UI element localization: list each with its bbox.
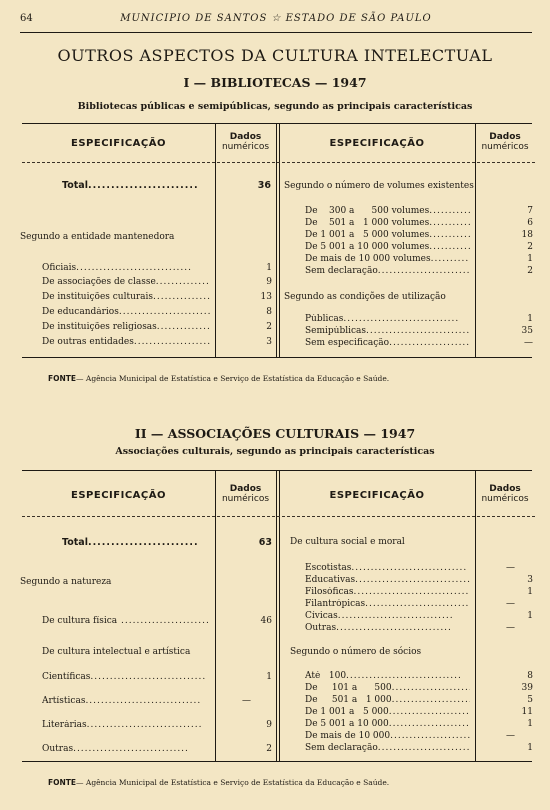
col-header-spec-left: ESPECIFICAÇÃO <box>22 490 215 501</box>
row-value: — <box>475 563 515 574</box>
row-value: 1 <box>475 587 533 598</box>
col-header-data-line2: numéricos <box>222 142 269 152</box>
col-header-data-line1: Dados <box>489 484 521 494</box>
table-row: Artísticas.............................. <box>42 696 210 707</box>
col-header-data-line1: Dados <box>230 132 262 142</box>
table-row: Semipúblicas............................… <box>305 326 470 337</box>
header-separator <box>22 516 535 517</box>
row-value: 9 <box>215 277 272 288</box>
row-value: 46 <box>215 616 272 627</box>
table-row: Até 100.............................. <box>305 671 470 682</box>
section-2-title: II — ASSOCIAÇÕES CULTURAIS — 1947 <box>0 426 550 441</box>
col-header-data-line1: Dados <box>230 484 262 494</box>
row-value: 5 <box>475 695 533 706</box>
table-row: Educativas.............................. <box>305 575 470 586</box>
section-1-title: I — BIBLIOTECAS — 1947 <box>0 75 550 90</box>
row-value: — <box>475 338 533 349</box>
table-row: De 101 a 500............................… <box>305 683 470 694</box>
total-row: Total........................ <box>62 537 210 548</box>
table-row: Filantrópicas...........................… <box>305 599 470 610</box>
row-value: 13 <box>215 292 272 303</box>
group-label: Segundo as condições de utilização <box>284 292 446 303</box>
total-value: 63 <box>215 537 272 548</box>
row-value: 39 <box>475 683 533 694</box>
col-header-data-right: Dados numéricos <box>475 132 535 152</box>
row-value: 2 <box>475 242 533 253</box>
table-row: Sem especificação.......................… <box>305 338 470 349</box>
running-title: MUNICIPIO DE SANTOS ☆ ESTADO DE SÃO PAUL… <box>20 13 532 24</box>
row-value: 3 <box>475 575 533 586</box>
table-row: Sem declaração..........................… <box>305 743 470 754</box>
group-label: Segundo a natureza <box>20 577 111 588</box>
row-value: 7 <box>475 206 533 217</box>
col-header-data-line2: numéricos <box>481 494 528 504</box>
row-value: 1 <box>475 743 533 754</box>
col-divider-double <box>276 471 280 761</box>
row-value: 2 <box>215 744 272 755</box>
row-value: 2 <box>215 322 272 333</box>
row-value: 6 <box>475 218 533 229</box>
col-header-spec-right: ESPECIFICAÇÃO <box>279 490 475 501</box>
table-row: De 300 a 500 volumes.............. <box>305 206 470 217</box>
section-1-subtitle: Bibliotecas públicas e semipúblicas, seg… <box>0 101 550 112</box>
table-row: Oficiais.............................. <box>42 263 210 274</box>
col-header-data-line1: Dados <box>489 132 521 142</box>
table-row: De outras entidades.....................… <box>42 337 210 348</box>
group-label: Segundo o número de volumes existentes <box>284 181 474 192</box>
table-row: De instituições religiosas..............… <box>42 322 210 333</box>
table-row: Escotistas.............................. <box>305 563 470 574</box>
col-header-data-line2: numéricos <box>222 494 269 504</box>
row-value: 1 <box>215 263 272 274</box>
row-value: 8 <box>215 307 272 318</box>
row-value: 1 <box>475 719 533 730</box>
group-label: De cultura social e moral <box>290 537 405 548</box>
table-row: De mais de 10 000 volumes.............. <box>305 254 470 265</box>
table-bottom-rule <box>22 761 532 762</box>
table-row: Outras.............................. <box>305 623 470 634</box>
page-title: OUTROS ASPECTOS DA CULTURA INTELECTUAL <box>0 46 550 65</box>
total-label: Total <box>62 180 88 191</box>
row-value: 35 <box>475 326 533 337</box>
subgroup-label: De cultura intelectual e artística <box>42 647 190 658</box>
row-value: 1 <box>215 672 272 683</box>
table-row: Públicas.............................. <box>305 314 470 325</box>
section-2-subtitle: Associações culturais, segundo as princi… <box>0 446 550 457</box>
source-label: FONTE <box>48 778 76 787</box>
source-note: FONTE— Agência Municipal de Estatística … <box>48 778 389 787</box>
col-header-data-line2: numéricos <box>481 142 528 152</box>
table-row: Literárias.............................. <box>42 720 210 731</box>
table-row: De instituições culturais...............… <box>42 292 210 303</box>
table-row: De 1 001 a 5 000 volumes.............. <box>305 230 470 241</box>
table-row: De 501 a 1 000..........................… <box>305 695 470 706</box>
table-bottom-rule <box>22 357 532 358</box>
row-value: 2 <box>475 266 533 277</box>
source-label: FONTE <box>48 374 76 383</box>
table-row: De associações de classe................… <box>42 277 210 288</box>
table-row: Outras.............................. <box>42 744 210 755</box>
row-value: — <box>475 731 515 742</box>
table-row: Sem declaração..........................… <box>305 266 470 277</box>
group-label: Segundo o número de sócios <box>290 647 421 658</box>
row-value: — <box>475 599 515 610</box>
row-value: 1 <box>475 611 533 622</box>
col-header-data-right: Dados numéricos <box>475 484 535 504</box>
col-divider-double <box>276 124 280 357</box>
col-header-data-left: Dados numéricos <box>215 132 276 152</box>
row-value: 1 <box>475 314 533 325</box>
row-value: — <box>475 623 515 634</box>
header-separator <box>22 162 535 163</box>
col-header-spec-left: ESPECIFICAÇÃO <box>22 138 215 149</box>
col-header-data-left: Dados numéricos <box>215 484 276 504</box>
group-label: Segundo a entidade mantenedora <box>20 232 174 243</box>
source-note: FONTE— Agência Municipal de Estatística … <box>48 374 389 383</box>
row-value: 18 <box>475 230 533 241</box>
header-rule <box>20 32 532 33</box>
row-value: 1 <box>475 254 533 265</box>
row-value: 8 <box>475 671 533 682</box>
row-value: 3 <box>215 337 272 348</box>
document-page: 64 MUNICIPIO DE SANTOS ☆ ESTADO DE SÃO P… <box>0 0 550 810</box>
table-row: Científicas.............................… <box>42 672 210 683</box>
table-row: De 1 001 a 5 000........................… <box>305 707 470 718</box>
table-row: De 501 a 1 000 volumes.............. <box>305 218 470 229</box>
total-label: Total <box>62 537 88 548</box>
table-row: De 5 001 a 10 000 volumes.............. <box>305 242 470 253</box>
total-row: Total........................ <box>62 180 210 191</box>
table-row: De mais de 10 000.......................… <box>305 731 470 742</box>
row-value: — <box>215 696 251 707</box>
col-header-spec-right: ESPECIFICAÇÃO <box>279 138 475 149</box>
table-row: Cívicas.............................. <box>305 611 470 622</box>
table-row: De 5 001 a 10 000.......................… <box>305 719 470 730</box>
table-row: De educandários.........................… <box>42 307 210 318</box>
table-row: Filosóficas.............................… <box>305 587 470 598</box>
table-row: De cultura física ......................… <box>42 616 210 627</box>
total-value: 36 <box>215 180 271 191</box>
source-text: — Agência Municipal de Estatística e Ser… <box>76 778 389 787</box>
row-value: 9 <box>215 720 272 731</box>
row-value: 11 <box>475 707 533 718</box>
source-text: — Agência Municipal de Estatística e Ser… <box>76 374 389 383</box>
